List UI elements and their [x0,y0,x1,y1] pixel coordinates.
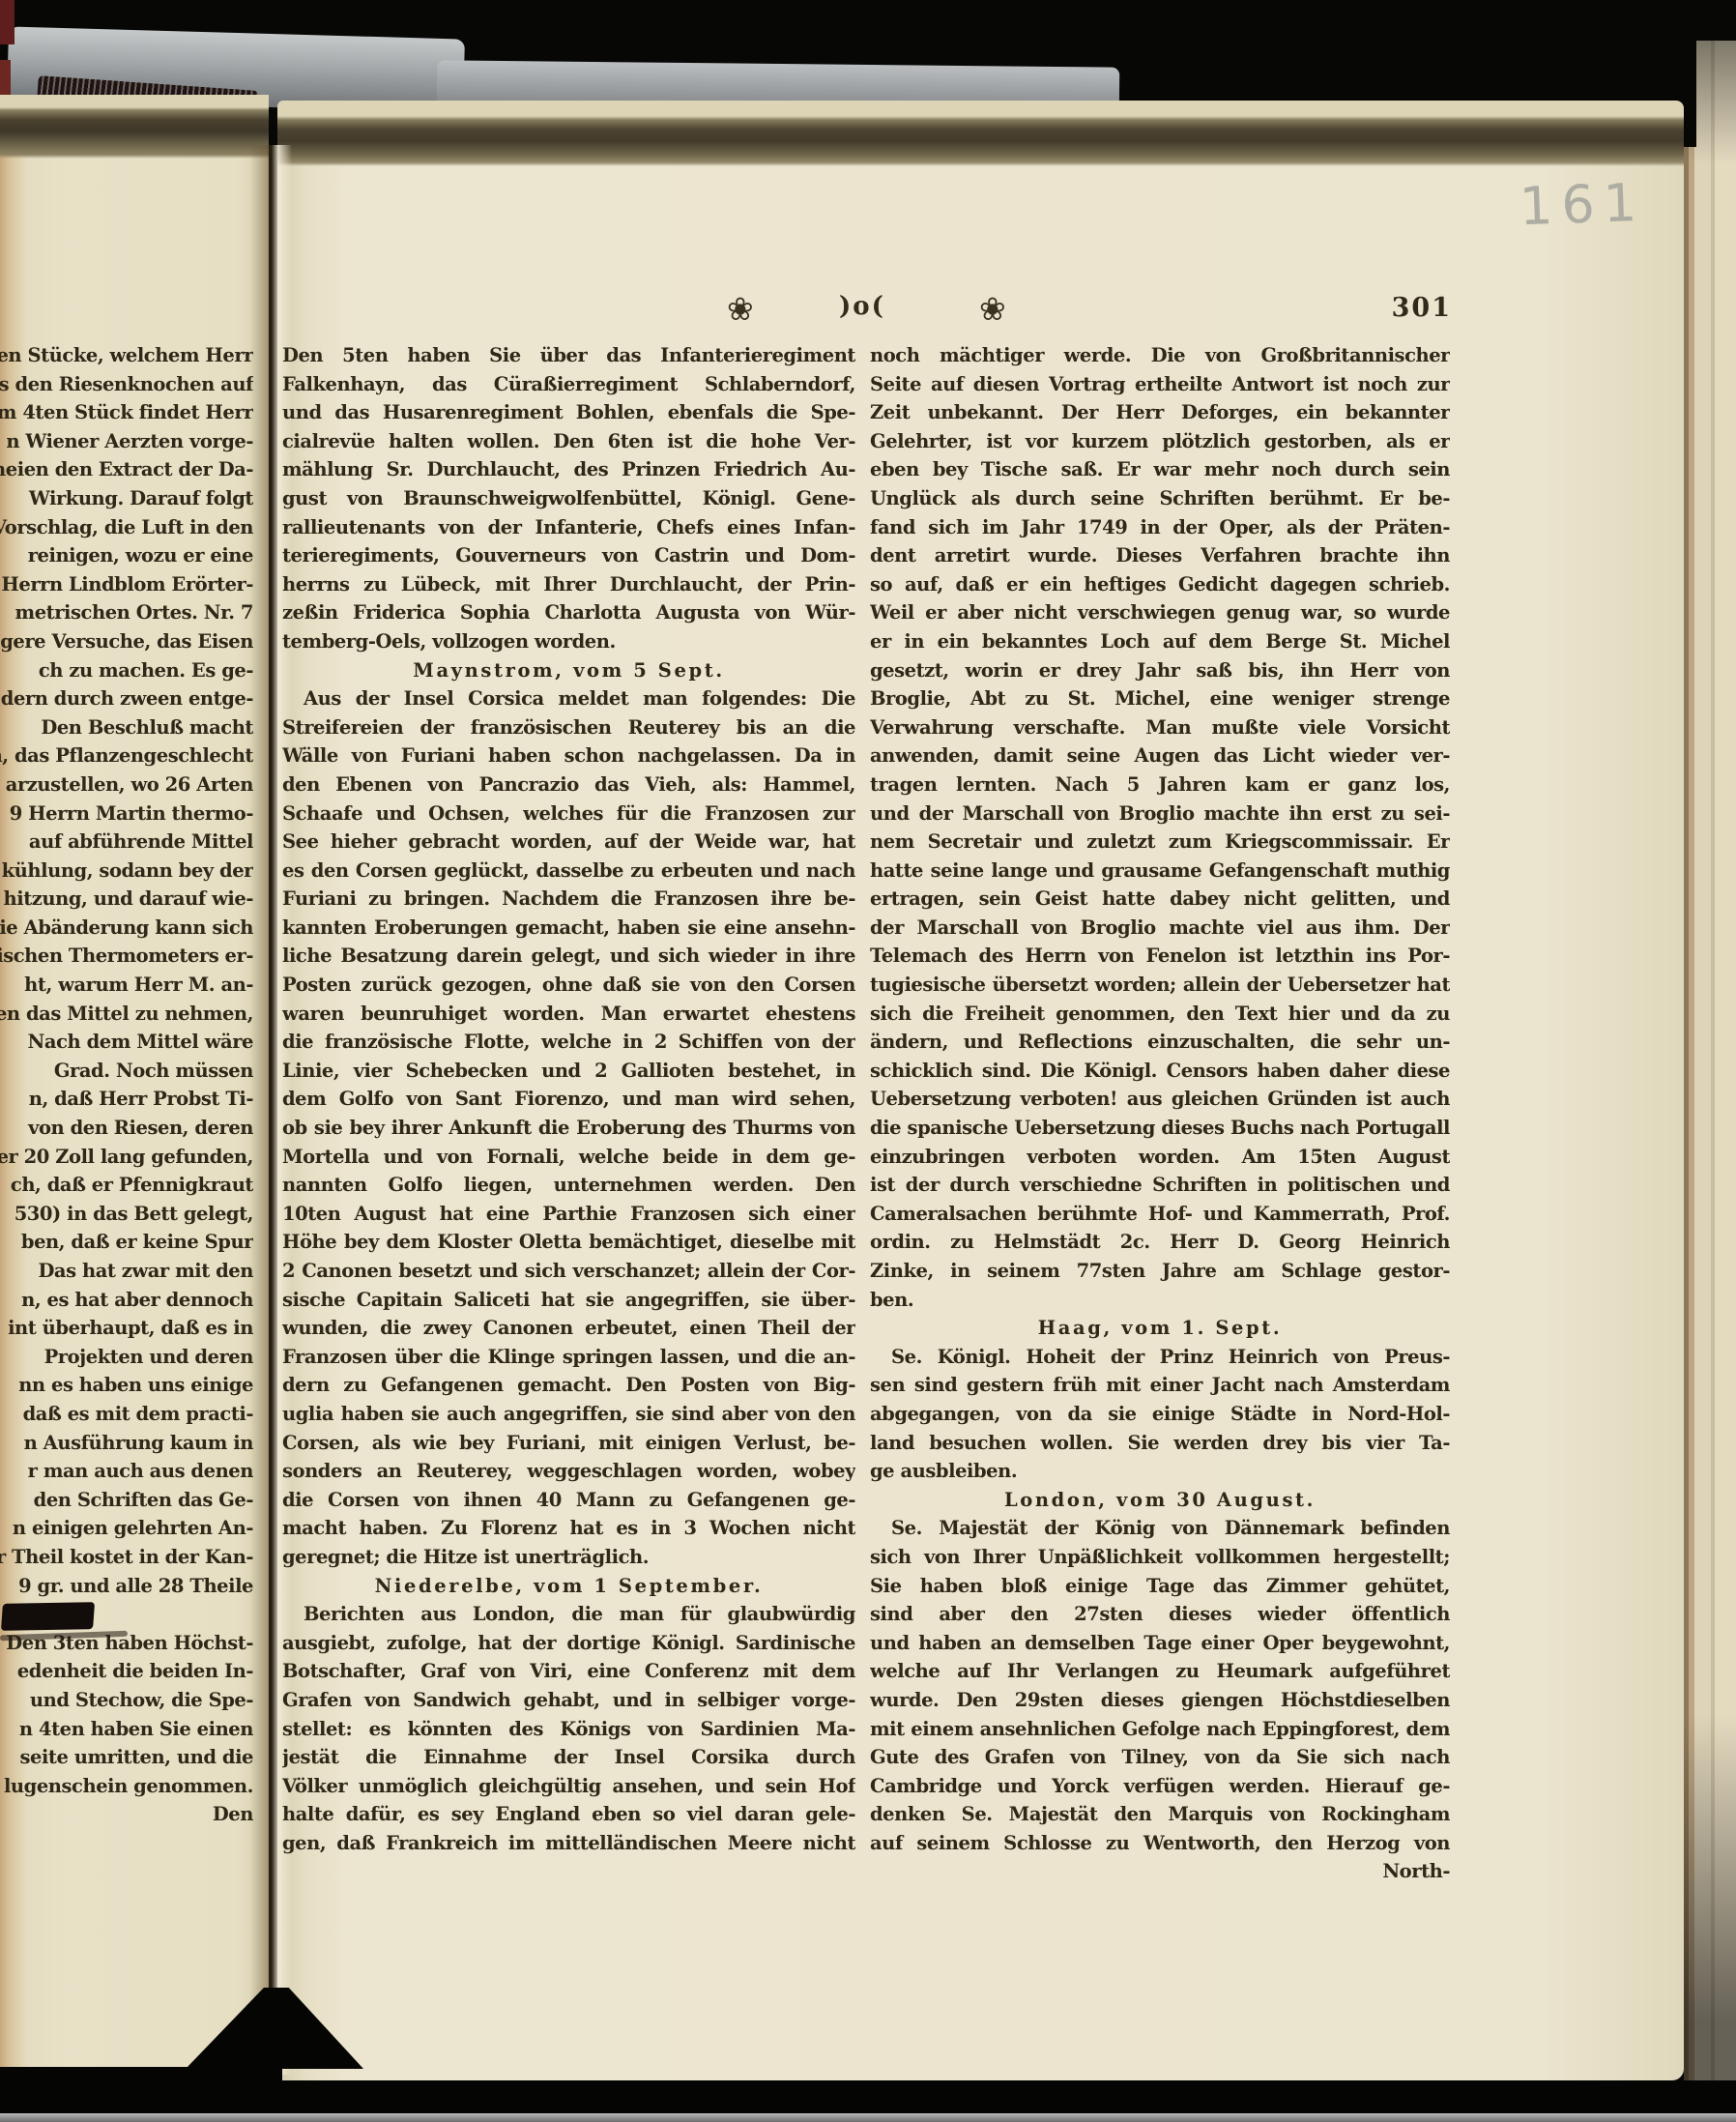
text-line: uglia haben sie auch angegriffen, sie si… [282,1400,855,1429]
text-line: Corsen, als wie bey Furiani, mit einigen… [282,1429,855,1458]
text-line: welche auf Ihr Verlangen zu Heumark aufg… [870,1657,1450,1686]
text-line: Se. Königl. Hoheit der Prinz Heinrich vo… [870,1343,1450,1372]
text-line: Cambridge und Yorck verfügen werden. Hie… [870,1772,1450,1801]
text-line: h, das Pflanzengeschlecht [0,741,253,770]
text-line: Das hat zwar mit den [0,1257,253,1286]
text-line: int überhaupt, daß es in [0,1314,253,1343]
text-line: ch, daß er Pfennigkraut [0,1171,253,1200]
text-line: Gute des Grafen von Tilney, von da Sie s… [870,1743,1450,1772]
text-line: hatte seine lange und grausame Gefangens… [870,857,1450,886]
section-heading-line: Niederelbe, vom 1 September. [282,1572,855,1601]
text-line: Wirkung. Darauf folgt [0,484,253,513]
text-line: Aus der Insel Corsica meldet man folgend… [282,684,855,713]
text-line: waren beunruhiget worden. Man erwartet e… [282,1000,855,1029]
text-line: Falkenhayn, das Cüraßierregiment Schlabe… [282,370,855,399]
text-line: mit einem ansehnlichen Gefolge nach Eppi… [870,1715,1450,1744]
text-line: es den Corsen geglückt, dasselbe zu erbe… [282,857,855,886]
text-line: auf abführende Mittel [0,828,253,857]
text-line: n Ausführung kaum in [0,1429,253,1458]
text-line: so auf, daß er ein heftiges Gedicht dage… [870,570,1450,599]
text-line: 10ten August hat eine Parthie Franzosen … [282,1200,855,1229]
text-line: und das Husarenregiment Bohlen, ebenfals… [282,398,855,427]
text-line: zeßin Friderica Sophia Charlotta Augusta… [282,598,855,627]
text-line: Posten zurück gezogen, ohne daß sie von … [282,971,855,1000]
text-line: nn es haben uns einige [0,1371,253,1400]
text-line: die spanische Uebersetzung dieses Buchs … [870,1114,1450,1143]
text-line: und der Marschall von Broglio machte ihn… [870,799,1450,828]
text-line: stellet: es könnten des Königs von Sardi… [282,1715,855,1744]
text-line: Projekten und deren [0,1343,253,1372]
text-line: dent arretirt wurde. Dieses Verfahren br… [870,541,1450,570]
text-line: sich von Ihrer Unpäßlichkeit vollkommen … [870,1543,1450,1572]
text-line: mählung Sr. Durchlaucht, des Prinzen Fri… [282,455,855,484]
text-line: einzubringen verboten worden. Am 15ten A… [870,1143,1450,1172]
text-line: abgegangen, von da sie einige Städte in … [870,1400,1450,1429]
text-line: Zeit unbekannt. Der Herr Deforges, ein b… [870,398,1450,427]
text-line: Grad. Noch müssen [0,1057,253,1086]
text-line: Se. Majestät der König von Dännemark bef… [870,1514,1450,1543]
fleuron-icon: ❀ [727,290,754,328]
text-line: land besuchen wollen. Sie werden drey bi… [870,1429,1450,1458]
text-line: die Corsen von ihnen 40 Mann zu Gefangen… [282,1486,855,1515]
text-line: kühlung, sodann bey der [0,857,253,886]
text-line: Unglück als durch seine Schriften berühm… [870,484,1450,513]
page-top-edge [0,95,269,159]
text-line: tugiesische übersetzt worden; allein der… [870,971,1450,1000]
text-line: Verwahrung verschafte. Man mußte viele V… [870,713,1450,742]
text-line: Den [0,1800,253,1829]
text-line: r man auch aus denen [0,1457,253,1486]
text-line: metrischen Ortes. Nr. 7 [0,598,253,627]
folio-stamp: 161 [1519,172,1646,238]
text-line: jestät die Einnahme der Insel Corsika du… [282,1743,855,1772]
text-line: ch zu machen. Es ge- [0,656,253,685]
text-line: sen sind gestern früh mit einer Jacht na… [870,1371,1450,1400]
text-line: nannten Golfo liegen, unternehmen werden… [282,1171,855,1200]
text-line: n 4ten haben Sie einen [0,1715,253,1744]
text-line: Höhe bey dem Kloster Oletta bemächtiget,… [282,1228,855,1257]
text-line: s den Riesenknochen auf [0,370,253,399]
ink-blot [1,1602,95,1631]
text-line: arzustellen, wo 26 Arten [0,770,253,799]
text-line: anwenden, damit seine Augen das Licht wi… [870,741,1450,770]
text-line: geregnet; die Hitze ist unerträglich. [282,1543,855,1572]
text-line: rallieutenants von der Infanterie, Chefs… [282,513,855,542]
text-line: terieregiments, Gouverneurs von Castrin … [282,541,855,570]
text-line: hitzung, und darauf wie- [0,885,253,914]
text-line: den Ebenen von Pancrazio das Vieh, als: … [282,770,855,799]
text-line: wurde. Den 29sten dieses giengen Höchstd… [870,1686,1450,1715]
text-line: ob sie bey ihrer Ankunft die Eroberung d… [282,1114,855,1143]
text-line: wunden, die zwey Canonen erbeutet, einen… [282,1314,855,1343]
text-line: eben bey Tische saß. Er war mehr noch du… [870,455,1450,484]
text-column-left: Den 5ten haben Sie über das Infanteriere… [282,341,855,1857]
text-line: ausgiebt, zufolge, hat der dortige König… [282,1629,855,1658]
text-line: auf seinem Schlosse zu Wentworth, den He… [870,1829,1450,1858]
text-line: tragen lernten. Nach 5 Jahren kam er gan… [870,770,1450,799]
page-top-edge [277,101,1684,166]
text-line: ge ausbleiben. [870,1457,1450,1486]
text-line: sische Capitain Saliceti hat sie angegri… [282,1286,855,1315]
section-heading-line: London, vom 30 August. [870,1486,1450,1515]
text-line: Herrn Lindblom Erörter- [0,570,253,599]
text-line: Schaafe und Ochsen, welches für die Fran… [282,799,855,828]
text-line: kannten Eroberungen gemacht, haben sie e… [282,914,855,943]
text-line: und Stechow, die Spe- [0,1686,253,1715]
text-line: Botschafter, Graf von Viri, eine Confere… [282,1657,855,1686]
text-line: Den Beschluß macht [0,713,253,742]
text-line: Gelehrter, ist vor kurzem plötzlich gest… [870,427,1450,456]
text-line: Broglie, Abt zu St. Michel, eine weniger… [870,684,1450,713]
text-line: Sie haben bloß einige Tage das Zimmer ge… [870,1572,1450,1601]
text-line: Furiani zu bringen. Nachdem die Franzose… [282,885,855,914]
text-line: ie Abänderung kann sich [0,914,253,943]
text-line: denken Se. Majestät den Marquis von Rock… [870,1800,1450,1829]
text-line: ertragen, sein Geist hatte dabey nicht g… [870,885,1450,914]
text-line: Telemach des Herrn von Fenelon ist letzt… [870,942,1450,971]
text-line: Nach dem Mittel wäre [0,1028,253,1057]
text-line: fand sich im Jahr 1749 in der Oper, als … [870,513,1450,542]
text-line: dem Golfo von Sant Fiorenzo, und man wir… [282,1085,855,1114]
text-line: cialrevüe halten wollen. Den 6ten ist di… [282,427,855,456]
text-line: neien den Extract der Da- [0,455,253,484]
section-heading-line: Maynstrom, vom 5 Sept. [282,656,855,685]
text-line: herrns zu Lübeck, mit Ihrer Durchlaucht,… [282,570,855,599]
text-line: gen, daß Frankreich im mittelländischen … [282,1829,855,1858]
text-line: Streifereien der französischen Reuterey … [282,713,855,742]
text-line: Grafen von Sandwich gehabt, und in selbi… [282,1686,855,1715]
text-line: von den Riesen, deren [0,1114,253,1143]
page-number: 301 [1351,293,1452,323]
text-line: lugenschein genommen. [0,1772,253,1801]
text-line: den Schriften das Ge- [0,1486,253,1515]
text-line: Völker unmöglich gleichgültig ansehen, u… [282,1772,855,1801]
text-column-right: noch mächtiger werde. Die von Großbritan… [870,341,1450,1886]
text-line: temberg-Oels, vollzogen worden. [282,627,855,656]
text-line: dern durch zween entge- [0,684,253,713]
text-line: r Theil kostet in der Kan- [0,1543,253,1572]
fore-edge [1684,41,1736,2082]
text-line: ordin. zu Helmstädt 2c. Herr D. Georg He… [870,1228,1450,1257]
text-line: ben. [870,1286,1450,1315]
fleuron-icon: ❀ [979,290,1006,328]
scan-bottom-strip [0,2113,1736,2122]
text-line: n Wiener Aerzten vorge- [0,427,253,456]
text-line: seite umritten, und die [0,1743,253,1772]
text-line: nem Secretair und zuletzt zum Kriegscomm… [870,828,1450,857]
text-line: 2 Canonen besetzt und sich verschanzet; … [282,1257,855,1286]
section-heading-line: Haag, vom 1. Sept. [870,1314,1450,1343]
text-line: Seite auf diesen Vortrag ertheilte Antwo… [870,370,1450,399]
fore-edge-mask [1684,41,1696,147]
text-line: macht haben. Zu Florenz hat es in 3 Woch… [282,1514,855,1543]
text-line: Zinke, in seinem 77sten Jahre am Schlage… [870,1257,1450,1286]
text-line: schicklich sind. Die Königl. Censors hab… [870,1057,1450,1086]
text-line: 9 Herrn Martin thermo- [0,799,253,828]
text-line: reinigen, wozu er eine [0,541,253,570]
text-line: Mortella und von Fornali, welche beide i… [282,1143,855,1172]
text-line: halte dafür, es sey England eben so viel… [282,1800,855,1829]
text-line: sonders an Reuterey, weggeschlagen worde… [282,1457,855,1486]
text-line: daß es mit dem practi- [0,1400,253,1429]
text-line: er 20 Zoll lang gefunden, [0,1143,253,1172]
text-line: Franzosen über die Klinge springen lasse… [282,1343,855,1372]
text-line: en Stücke, welchem Herr [0,341,253,370]
text-line: und haben an demselben Tage einer Oper b… [870,1629,1450,1658]
text-line: noch mächtiger werde. Die von Großbritan… [870,341,1450,370]
text-line: Berichten aus London, die man für glaubw… [282,1600,855,1629]
text-line: ischen Thermometers er- [0,942,253,971]
text-line: gere Versuche, das Eisen [0,627,253,656]
book-scan: { "header": { "ornament_left": "❀", "sig… [0,0,1736,2122]
text-line: n, es hat aber dennoch [0,1286,253,1315]
text-line: dern zu Gefangenen gemacht. Den Posten v… [282,1371,855,1400]
signature-mark: )o( [839,292,885,321]
text-line: Wälle von Furiani haben schon nachgelass… [282,741,855,770]
text-line: die französische Flotte, welche in 2 Sch… [282,1028,855,1057]
text-line: ht, warum Herr M. an- [0,971,253,1000]
text-line: sind aber den 27sten dieses wieder öffen… [870,1600,1450,1629]
text-line: Uebersetzung verboten! aus gleichen Grün… [870,1085,1450,1114]
text-line: m 4ten Stück findet Herr [0,398,253,427]
text-line: liche Besatzung darein gelegt, und sich … [282,942,855,971]
text-line: gesetzt, worin er drey Jahr saß bis, ihn… [870,656,1450,685]
text-line: 9 gr. und alle 28 Theile [0,1572,253,1601]
text-line: Den 5ten haben Sie über das Infanteriere… [282,341,855,370]
text-line: n einigen gelehrten An- [0,1514,253,1543]
text-line: edenheit die beiden In- [0,1657,253,1686]
text-line: en das Mittel zu nehmen, [0,1000,253,1029]
text-line: er in ein bekanntes Loch auf dem Berge S… [870,627,1450,656]
text-line: n, daß Herr Probst Ti- [0,1085,253,1114]
text-line: North- [870,1857,1450,1886]
text-line: 530) in das Bett gelegt, [0,1200,253,1229]
text-line: der Marschall von Broglio machte viel au… [870,914,1450,943]
text-line: Weil er aber nicht verschwiegen genug wa… [870,598,1450,627]
text-line: gust von Braunschweigwolfenbüttel, König… [282,484,855,513]
text-line: Linie, vier Schebecken und 2 Gallioten b… [282,1057,855,1086]
text-line: Vorschlag, die Luft in den [0,513,253,542]
text-line: See hieher gebracht worden, auf der Weid… [282,828,855,857]
text-line: ben, daß er keine Spur [0,1228,253,1257]
text-line: Cameralsachen berühmte Hof- und Kammerra… [870,1200,1450,1229]
spine-edge-mark [0,0,14,44]
text-line: sich die Freiheit genommen, den Text hie… [870,1000,1450,1029]
text-line: ist der durch verschiedne Schriften in p… [870,1171,1450,1200]
text-line: ändern, und Reflections einzuschalten, d… [870,1028,1450,1057]
